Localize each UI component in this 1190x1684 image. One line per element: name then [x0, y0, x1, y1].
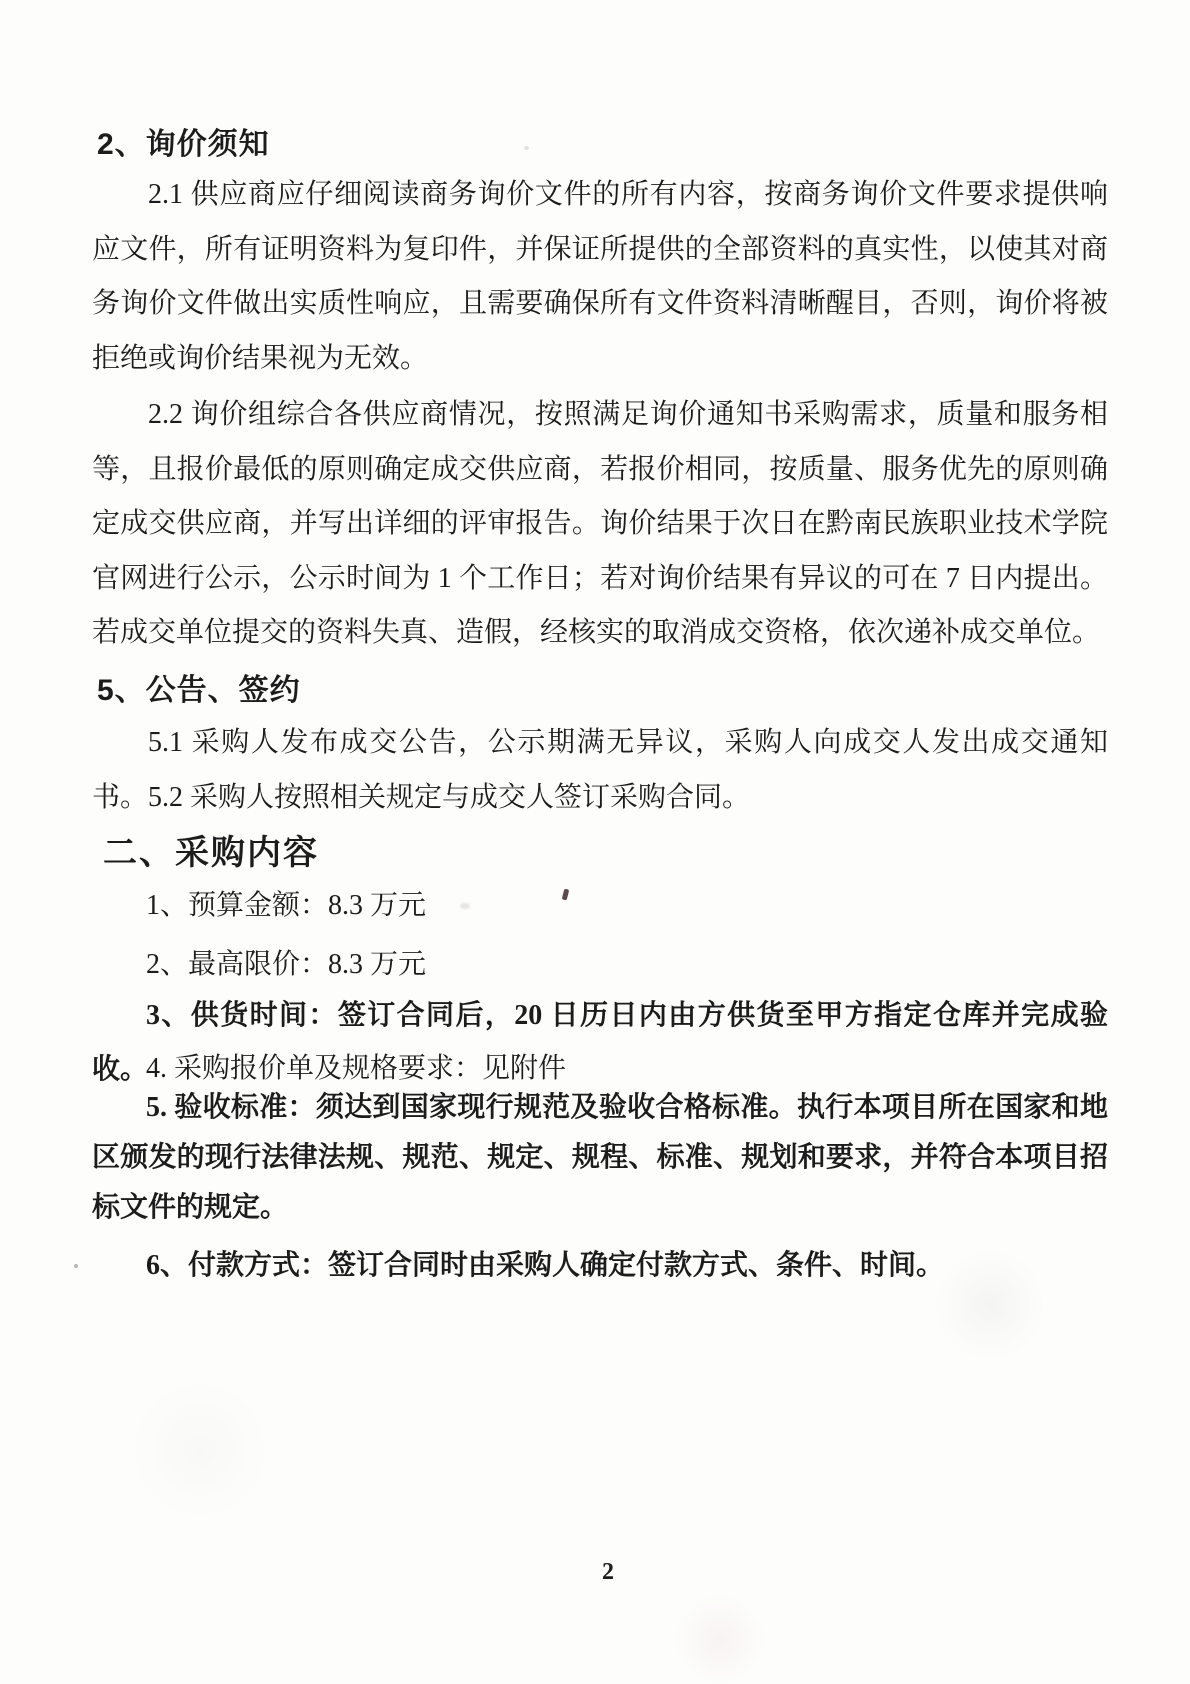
- scan-speck: [74, 1264, 78, 1268]
- section-heading-announcement-signing: 5、公告、签约: [97, 676, 301, 706]
- section-heading-procurement-content: 二、采购内容: [103, 836, 319, 870]
- section-heading-inquiry-notice: 2、询价须知: [97, 130, 270, 160]
- item-payment-method: 6、付款方式：签订合同时由采购人确定付款方式、条件、时间。: [92, 1239, 1108, 1293]
- scanned-document-page: 2、询价须知 2.1 供应商应仔细阅读商务询价文件的所有内容，按商务询价文件要求…: [0, 0, 1190, 1684]
- item-acceptance-standard: 5. 验收标准：须达到国家现行规范及验收合格标准。执行本项目所在国家和地区颁发的…: [92, 1083, 1108, 1233]
- item-max-price: 2、最高限价：8.3 万元: [92, 938, 1108, 992]
- page-number: 2: [0, 1560, 1190, 1584]
- paragraph-5-2: 5.2 采购人按照相关规定与成交人签订采购合同。: [92, 771, 1108, 826]
- paragraph-2-2: 2.2 询价组综合各供应商情况，按照满足询价通知书采购需求，质量和服务相等，且报…: [92, 388, 1108, 661]
- scan-speck: [524, 146, 529, 150]
- item-budget-amount: 1、预算金额：8.3 万元: [92, 879, 1108, 933]
- scan-speck: [460, 903, 470, 909]
- paragraph-2-1: 2.1 供应商应仔细阅读商务询价文件的所有内容，按商务询价文件要求提供响应文件，…: [92, 168, 1108, 386]
